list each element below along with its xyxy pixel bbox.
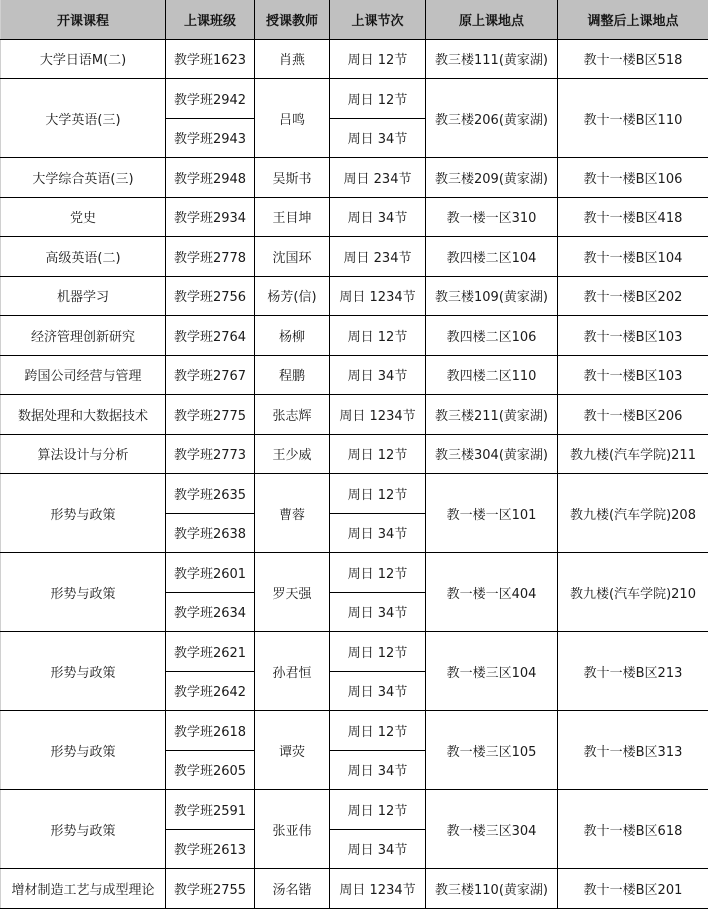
original-location-cell: 教一楼一区404	[426, 553, 558, 632]
teacher-cell: 吴斯书	[255, 158, 330, 198]
teacher-cell: 罗天强	[255, 553, 330, 632]
class-cell: 教学班2764	[166, 316, 255, 356]
period-cell: 周日 1234节	[330, 395, 426, 435]
class-cell: 教学班2621	[166, 632, 255, 672]
class-cell: 教学班2613	[166, 829, 255, 869]
class-cell: 教学班2638	[166, 513, 255, 553]
table-row: 数据处理和大数据技术 教学班2775 张志辉 周日 1234节 教三楼211(黄…	[1, 395, 708, 435]
teacher-cell: 王少威	[255, 434, 330, 474]
course-cell: 大学英语(三)	[1, 79, 166, 158]
original-location-cell: 教一楼一区310	[426, 197, 558, 237]
table-row: 增材制造工艺与成型理论 教学班2755 汤名锴 周日 1234节 教三楼110(…	[1, 869, 708, 909]
table-row: 党史 教学班2934 王目坤 周日 34节 教一楼一区310 教十一楼B区418	[1, 197, 708, 237]
header-class: 上课班级	[166, 0, 255, 39]
original-location-cell: 教三楼209(黄家湖)	[426, 158, 558, 198]
period-cell: 周日 34节	[330, 355, 426, 395]
teacher-cell: 肖燕	[255, 39, 330, 79]
table-row: 形势与政策 教学班2591 张亚伟 周日 12节 教一楼三区304 教十一楼B区…	[1, 790, 708, 830]
class-cell: 教学班2775	[166, 395, 255, 435]
table-row: 形势与政策 教学班2601 罗天强 周日 12节 教一楼一区404 教九楼(汽车…	[1, 553, 708, 593]
original-location-cell: 教三楼109(黄家湖)	[426, 276, 558, 316]
table-row: 形势与政策 教学班2618 谭荧 周日 12节 教一楼三区105 教十一楼B区3…	[1, 711, 708, 751]
original-location-cell: 教三楼211(黄家湖)	[426, 395, 558, 435]
class-cell: 教学班2601	[166, 553, 255, 593]
new-location-cell: 教十一楼B区202	[558, 276, 708, 316]
period-cell: 周日 1234节	[330, 869, 426, 909]
new-location-cell: 教十一楼B区103	[558, 316, 708, 356]
header-period: 上课节次	[330, 0, 426, 39]
class-cell: 教学班2756	[166, 276, 255, 316]
new-location-cell: 教九楼(汽车学院)211	[558, 434, 708, 474]
course-cell: 算法设计与分析	[1, 434, 166, 474]
class-cell: 教学班2591	[166, 790, 255, 830]
new-location-cell: 教十一楼B区313	[558, 711, 708, 790]
class-cell: 教学班2642	[166, 671, 255, 711]
course-cell: 形势与政策	[1, 711, 166, 790]
period-cell: 周日 12节	[330, 39, 426, 79]
new-location-cell: 教十一楼B区213	[558, 632, 708, 711]
original-location-cell: 教四楼二区110	[426, 355, 558, 395]
new-location-cell: 教十一楼B区106	[558, 158, 708, 198]
new-location-cell: 教十一楼B区518	[558, 39, 708, 79]
new-location-cell: 教十一楼B区104	[558, 237, 708, 277]
table-row: 经济管理创新研究 教学班2764 杨柳 周日 12节 教四楼二区106 教十一楼…	[1, 316, 708, 356]
course-cell: 形势与政策	[1, 632, 166, 711]
new-location-cell: 教十一楼B区418	[558, 197, 708, 237]
class-cell: 教学班2948	[166, 158, 255, 198]
original-location-cell: 教一楼三区104	[426, 632, 558, 711]
period-cell: 周日 12节	[330, 79, 426, 119]
class-cell: 教学班2755	[166, 869, 255, 909]
period-cell: 周日 234节	[330, 158, 426, 198]
original-location-cell: 教三楼111(黄家湖)	[426, 39, 558, 79]
class-cell: 教学班2942	[166, 79, 255, 119]
period-cell: 周日 12节	[330, 553, 426, 593]
new-location-cell: 教十一楼B区110	[558, 79, 708, 158]
class-cell: 教学班2605	[166, 750, 255, 790]
teacher-cell: 吕鸣	[255, 79, 330, 158]
course-cell: 形势与政策	[1, 553, 166, 632]
new-location-cell: 教十一楼B区103	[558, 355, 708, 395]
period-cell: 周日 34节	[330, 118, 426, 158]
class-cell: 教学班2635	[166, 474, 255, 514]
table-row: 大学英语(三) 教学班2942 吕鸣 周日 12节 教三楼206(黄家湖) 教十…	[1, 79, 708, 119]
course-cell: 党史	[1, 197, 166, 237]
period-cell: 周日 12节	[330, 790, 426, 830]
course-cell: 跨国公司经营与管理	[1, 355, 166, 395]
schedule-table: 开课课程 上课班级 授课教师 上课节次 原上课地点 调整后上课地点 大学日语M(…	[0, 0, 708, 909]
original-location-cell: 教一楼三区304	[426, 790, 558, 869]
header-original-location: 原上课地点	[426, 0, 558, 39]
teacher-cell: 曹蓉	[255, 474, 330, 553]
period-cell: 周日 234节	[330, 237, 426, 277]
teacher-cell: 张志辉	[255, 395, 330, 435]
original-location-cell: 教三楼304(黄家湖)	[426, 434, 558, 474]
table-row: 形势与政策 教学班2635 曹蓉 周日 12节 教一楼一区101 教九楼(汽车学…	[1, 474, 708, 514]
table-body: 大学日语M(二) 教学班1623 肖燕 周日 12节 教三楼111(黄家湖) 教…	[1, 39, 708, 908]
table-row: 高级英语(二) 教学班2778 沈国环 周日 234节 教四楼二区104 教十一…	[1, 237, 708, 277]
period-cell: 周日 12节	[330, 434, 426, 474]
course-cell: 经济管理创新研究	[1, 316, 166, 356]
class-cell: 教学班2767	[166, 355, 255, 395]
original-location-cell: 教四楼二区106	[426, 316, 558, 356]
header-teacher: 授课教师	[255, 0, 330, 39]
table-header-row: 开课课程 上课班级 授课教师 上课节次 原上课地点 调整后上课地点	[1, 0, 708, 39]
class-cell: 教学班2943	[166, 118, 255, 158]
period-cell: 周日 12节	[330, 316, 426, 356]
original-location-cell: 教三楼206(黄家湖)	[426, 79, 558, 158]
table-row: 跨国公司经营与管理 教学班2767 程鹏 周日 34节 教四楼二区110 教十一…	[1, 355, 708, 395]
original-location-cell: 教三楼110(黄家湖)	[426, 869, 558, 909]
teacher-cell: 杨柳	[255, 316, 330, 356]
original-location-cell: 教一楼三区105	[426, 711, 558, 790]
class-cell: 教学班2934	[166, 197, 255, 237]
course-cell: 大学日语M(二)	[1, 39, 166, 79]
class-cell: 教学班2634	[166, 592, 255, 632]
original-location-cell: 教一楼一区101	[426, 474, 558, 553]
table-row: 大学综合英语(三) 教学班2948 吴斯书 周日 234节 教三楼209(黄家湖…	[1, 158, 708, 198]
header-course: 开课课程	[1, 0, 166, 39]
table-row: 机器学习 教学班2756 杨芳(信) 周日 1234节 教三楼109(黄家湖) …	[1, 276, 708, 316]
course-cell: 形势与政策	[1, 790, 166, 869]
new-location-cell: 教九楼(汽车学院)208	[558, 474, 708, 553]
new-location-cell: 教十一楼B区206	[558, 395, 708, 435]
period-cell: 周日 34节	[330, 750, 426, 790]
period-cell: 周日 34节	[330, 197, 426, 237]
teacher-cell: 谭荧	[255, 711, 330, 790]
teacher-cell: 张亚伟	[255, 790, 330, 869]
course-cell: 数据处理和大数据技术	[1, 395, 166, 435]
period-cell: 周日 34节	[330, 671, 426, 711]
period-cell: 周日 12节	[330, 632, 426, 672]
course-cell: 机器学习	[1, 276, 166, 316]
course-cell: 高级英语(二)	[1, 237, 166, 277]
teacher-cell: 沈国环	[255, 237, 330, 277]
teacher-cell: 王目坤	[255, 197, 330, 237]
teacher-cell: 程鹏	[255, 355, 330, 395]
period-cell: 周日 34节	[330, 513, 426, 553]
teacher-cell: 汤名锴	[255, 869, 330, 909]
period-cell: 周日 12节	[330, 474, 426, 514]
table-row: 大学日语M(二) 教学班1623 肖燕 周日 12节 教三楼111(黄家湖) 教…	[1, 39, 708, 79]
course-cell: 形势与政策	[1, 474, 166, 553]
schedule-page: 开课课程 上课班级 授课教师 上课节次 原上课地点 调整后上课地点 大学日语M(…	[0, 0, 708, 921]
class-cell: 教学班1623	[166, 39, 255, 79]
class-cell: 教学班2618	[166, 711, 255, 751]
teacher-cell: 杨芳(信)	[255, 276, 330, 316]
new-location-cell: 教十一楼B区201	[558, 869, 708, 909]
course-cell: 大学综合英语(三)	[1, 158, 166, 198]
class-cell: 教学班2778	[166, 237, 255, 277]
new-location-cell: 教十一楼B区618	[558, 790, 708, 869]
class-cell: 教学班2773	[166, 434, 255, 474]
new-location-cell: 教九楼(汽车学院)210	[558, 553, 708, 632]
period-cell: 周日 12节	[330, 711, 426, 751]
header-new-location: 调整后上课地点	[558, 0, 708, 39]
table-row: 算法设计与分析 教学班2773 王少威 周日 12节 教三楼304(黄家湖) 教…	[1, 434, 708, 474]
period-cell: 周日 34节	[330, 592, 426, 632]
original-location-cell: 教四楼二区104	[426, 237, 558, 277]
course-cell: 增材制造工艺与成型理论	[1, 869, 166, 909]
period-cell: 周日 1234节	[330, 276, 426, 316]
period-cell: 周日 34节	[330, 829, 426, 869]
teacher-cell: 孙君恒	[255, 632, 330, 711]
table-row: 形势与政策 教学班2621 孙君恒 周日 12节 教一楼三区104 教十一楼B区…	[1, 632, 708, 672]
